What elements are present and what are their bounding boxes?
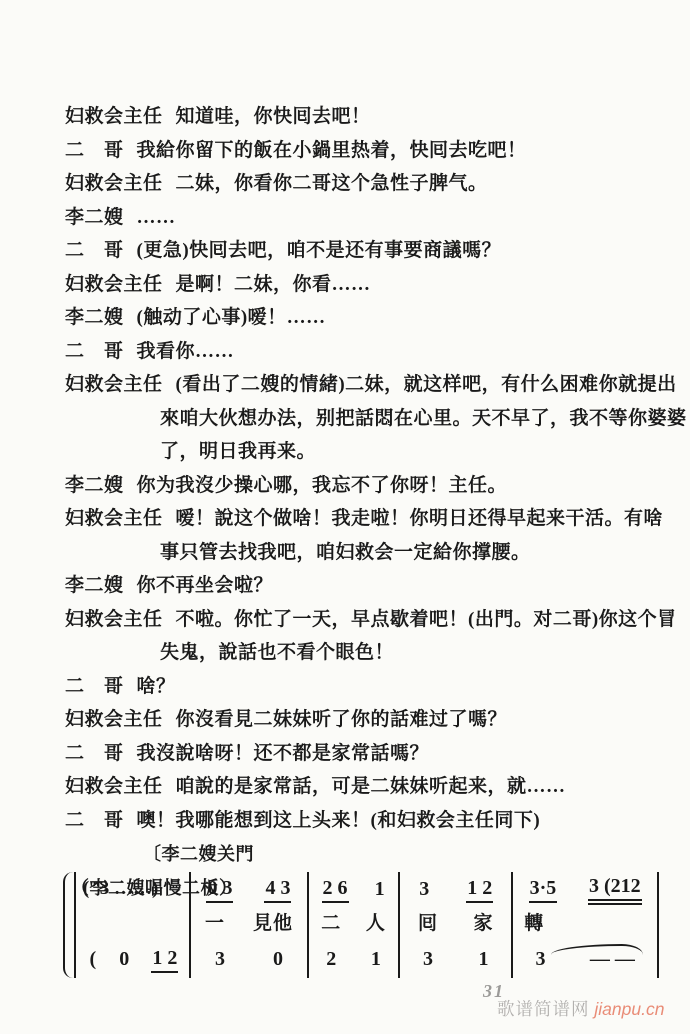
dialogue-text: 你为我沒少操心哪，我忘不了你呀！主任。 xyxy=(137,475,508,496)
lyric: 見他 xyxy=(252,913,294,936)
slur-arc-icon xyxy=(551,944,643,958)
note-token: (‴3 ……) xyxy=(82,878,159,901)
speaker-name: 妇救会主任 xyxy=(65,709,163,730)
note-token: 1 xyxy=(374,878,386,902)
speaker-name: 李二嫂 xyxy=(65,307,124,328)
lyric-row: 二 人 xyxy=(309,907,398,942)
dialogue-text: 知道哇，你快囘去吧！ xyxy=(176,106,371,127)
lyric: 家 xyxy=(472,913,494,936)
note-token: 3 xyxy=(422,948,434,972)
measure-1: (‴3 ……) ( 0 1 2 xyxy=(78,872,189,978)
speaker-name: 二 哥 xyxy=(65,676,124,697)
lyric: 一 xyxy=(204,913,226,936)
dialogue-text: 不啦。你忙了一天，早点歇着吧！(出門。对二哥)你这个冒 xyxy=(176,609,677,630)
dialogue-line: 李二嫂你不再坐会啦？ xyxy=(65,569,665,603)
dialogue-line: 妇救会主任知道哇，你快囘去吧！ xyxy=(65,100,665,134)
notation-row: ( 0 1 2 xyxy=(78,943,189,978)
speaker-name: 二 哥 xyxy=(65,341,124,362)
dialogue-line: 妇救会主任(看出了二嫂的情緒)二妹，就这样吧，有什么困难你就提出 xyxy=(65,368,665,402)
note-token: 2 xyxy=(325,948,337,972)
note-token: 1 xyxy=(477,948,489,972)
open-paren: ( xyxy=(88,948,97,972)
notation-row: 3 — — xyxy=(513,943,657,978)
notation-row: 3 0 xyxy=(191,943,307,978)
dialogue-line: 妇救会主任你沒看見二妹妹听了你的話难过了嗎？ xyxy=(65,703,665,737)
dialogue-line: 二 哥我沒說啥呀！还不都是家常話嗎？ xyxy=(65,737,665,771)
note-token: 3 xyxy=(214,948,226,972)
note-token: 1 xyxy=(370,948,382,972)
notation-row: 3·5 3 (212 xyxy=(513,872,657,907)
music-system: (‴3 ……) ( 0 1 2 0 3 4 3 一 見他 3 0 xyxy=(63,872,659,978)
notation-row: 3 1 2 xyxy=(400,872,511,907)
measure-2: 0 3 4 3 一 見他 3 0 xyxy=(189,872,307,978)
dialogue-continuation: 失鬼，說話也不看个眼色！ xyxy=(65,636,665,670)
note-token: 3 (212 xyxy=(588,875,642,905)
lyric-row xyxy=(78,907,189,942)
note-token: 0 xyxy=(118,948,130,972)
lyric: 轉 xyxy=(523,913,545,936)
dialogue-text: 我沒說啥呀！还不都是家常話嗎？ xyxy=(137,743,430,764)
dialogue-line: 李二嫂你为我沒少操心哪，我忘不了你呀！主任。 xyxy=(65,469,665,503)
scanned-script-page: 妇救会主任知道哇，你快囘去吧！ 二 哥我給你留下的飯在小鍋里热着，快囘去吃吧！ … xyxy=(0,0,690,1034)
dialogue-text: 咱說的是家常話，可是二妹妹听起来，就…… xyxy=(176,776,566,797)
note-token: 1 2 xyxy=(151,947,178,973)
speaker-name: 妇救会主任 xyxy=(65,274,163,295)
dialogue-line: 二 哥我看你…… xyxy=(65,335,665,369)
measure-3: 2 6 1 二 人 2 1 xyxy=(307,872,398,978)
dialogue-line: 二 哥噢！我哪能想到这上头来！(和妇救会主任同下) xyxy=(65,804,665,838)
dialogue-line: 李二嫂(触动了心事)嗳！…… xyxy=(65,301,665,335)
lyric: 囘 xyxy=(417,913,439,936)
dialogue-text: 是啊！二妹，你看…… xyxy=(176,274,371,295)
notation-row: 2 6 1 xyxy=(309,872,398,907)
note-token: 0 3 xyxy=(206,877,233,903)
speaker-name: 妇救会主任 xyxy=(65,106,163,127)
dialogue-text: 了，明日我再来。 xyxy=(160,441,316,462)
note-token: 1 2 xyxy=(466,877,493,903)
speaker-name: 妇救会主任 xyxy=(65,374,163,395)
dialogue-line: 妇救会主任是啊！二妹，你看…… xyxy=(65,268,665,302)
notation-row: 3 1 xyxy=(400,943,511,978)
speaker-name: 二 哥 xyxy=(65,810,124,831)
watermark-domain: jianpu.cn xyxy=(594,999,664,1019)
speaker-name: 妇救会主任 xyxy=(65,776,163,797)
dialogue-continuation: 來咱大伙想办法，别把話悶在心里。天不早了，我不等你婆婆 xyxy=(65,402,665,436)
dialogue-continuation: 事只管去找我吧，咱妇救会一定給你撑腰。 xyxy=(65,536,665,570)
dialogue-text: (看出了二嫂的情緒)二妹，就这样吧，有什么困难你就提出 xyxy=(176,374,677,395)
dialogue-line: 二 哥啥？ xyxy=(65,670,665,704)
dialogue-text: 來咱大伙想办法，别把話悶在心里。天不早了，我不等你婆婆 xyxy=(160,408,687,429)
lyric: 二 xyxy=(320,913,342,936)
notation-row: 2 1 xyxy=(309,943,398,978)
note-token: 3 xyxy=(418,878,430,902)
speaker-name: 二 哥 xyxy=(65,743,124,764)
measure-5: 3·5 3 (212 轉 3 — — xyxy=(511,872,659,978)
speaker-name: 妇救会主任 xyxy=(65,173,163,194)
page-number: 31 xyxy=(483,981,505,1002)
speaker-name: 妇救会主任 xyxy=(65,508,163,529)
dialogue-text: …… xyxy=(137,207,176,228)
dialogue-text: (触动了心事)嗳！…… xyxy=(137,307,326,328)
speaker-name: 李二嫂 xyxy=(65,475,124,496)
dialogue-text: 你沒看見二妹妹听了你的話难过了嗎？ xyxy=(176,709,508,730)
notation-row: (‴3 ……) xyxy=(78,872,189,907)
note-token: 4 3 xyxy=(264,877,291,903)
dialogue-text: 二妹，你看你二哥这个急性子脾气。 xyxy=(176,173,488,194)
speaker-name: 妇救会主任 xyxy=(65,609,163,630)
dialogue-line: 妇救会主任嗳！說这个做啥！我走啦！你明日还得早起来干活。有啥 xyxy=(65,502,665,536)
note-token: 0 xyxy=(272,948,284,972)
dialogue-text: 失鬼，說話也不看个眼色！ xyxy=(160,642,394,663)
dialogue-text: 我給你留下的飯在小鍋里热着，快囘去吃吧！ xyxy=(137,140,527,161)
notation-row: 0 3 4 3 xyxy=(191,872,307,907)
measure-4: 3 1 2 囘 家 3 1 xyxy=(398,872,511,978)
dialogue-text: (更急)快囘去吧，咱不是还有事要商議嗎？ xyxy=(137,240,502,261)
stage-direction-text: 〔李二嫂关門 xyxy=(143,844,254,864)
dialogue-text: 噢！我哪能想到这上头来！(和妇救会主任同下) xyxy=(137,810,541,831)
dialogue-text: 我看你…… xyxy=(137,341,235,362)
lyric-row: 囘 家 xyxy=(400,907,511,942)
dialogue-text: 你不再坐会啦？ xyxy=(137,575,274,596)
watermark: 歌谱简谱网 jianpu.cn xyxy=(497,996,664,1021)
dialogue-block: 妇救会主任知道哇，你快囘去吧！ 二 哥我給你留下的飯在小鍋里热着，快囘去吃吧！ … xyxy=(65,100,665,905)
dialogue-line: 妇救会主任咱說的是家常話，可是二妹妹听起来，就…… xyxy=(65,770,665,804)
dialogue-text: 啥？ xyxy=(137,676,176,697)
note-token: 3·5 xyxy=(529,877,558,903)
lyric: 人 xyxy=(365,913,387,936)
speaker-name: 二 哥 xyxy=(65,240,124,261)
system-brace-icon xyxy=(63,872,76,978)
speaker-name: 李二嫂 xyxy=(65,575,124,596)
speaker-name: 李二嫂 xyxy=(65,207,124,228)
lyric-row: 一 見他 xyxy=(191,907,307,942)
note-token: 2 6 xyxy=(322,877,349,903)
dialogue-line: 妇救会主任不啦。你忙了一天，早点歇着吧！(出門。对二哥)你这个冒 xyxy=(65,603,665,637)
dialogue-line: 李二嫂…… xyxy=(65,201,665,235)
dialogue-text: 事只管去找我吧，咱妇救会一定給你撑腰。 xyxy=(160,542,531,563)
dialogue-line: 妇救会主任二妹，你看你二哥这个急性子脾气。 xyxy=(65,167,665,201)
dialogue-line: 二 哥(更急)快囘去吧，咱不是还有事要商議嗎？ xyxy=(65,234,665,268)
lyric-row: 轉 xyxy=(513,907,657,942)
dialogue-text: 嗳！說这个做啥！我走啦！你明日还得早起来干活。有啥 xyxy=(176,508,664,529)
stage-direction: 〔李二嫂关門 xyxy=(65,838,665,872)
note-token: 3 xyxy=(534,948,546,972)
watermark-site-name: 歌谱简谱网 xyxy=(497,999,590,1019)
dialogue-line: 二 哥我給你留下的飯在小鍋里热着，快囘去吃吧！ xyxy=(65,134,665,168)
speaker-name: 二 哥 xyxy=(65,140,124,161)
dialogue-continuation: 了，明日我再来。 xyxy=(65,435,665,469)
